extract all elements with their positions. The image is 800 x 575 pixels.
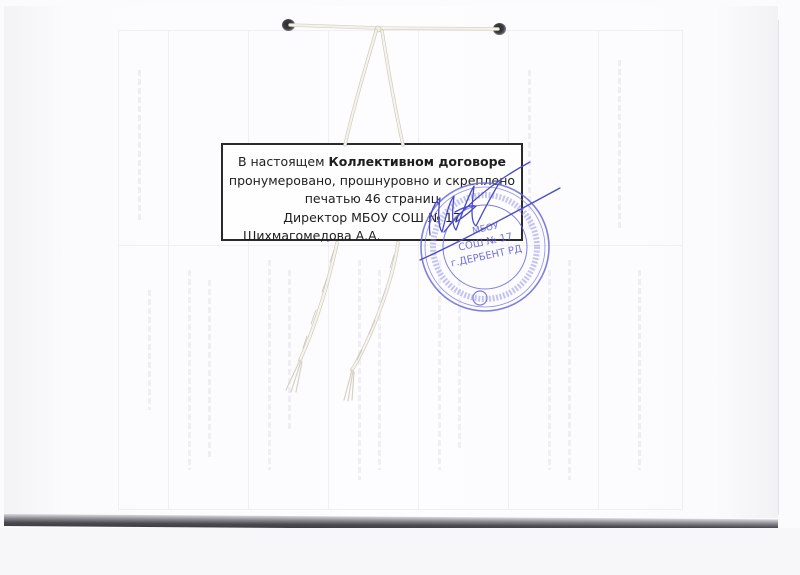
binding-hole-right: [493, 23, 506, 35]
certification-label: В настоящем Коллективном договоре пронум…: [221, 143, 523, 241]
label-line-2: пронумеровано, прошнуровно и скреплено: [223, 172, 521, 191]
signer-name: Шихмагомедова А.А.: [243, 228, 381, 243]
binding-hole-left: [282, 19, 295, 31]
label-line-1: В настоящем Коллективном договоре: [223, 153, 521, 172]
signature-line: [385, 227, 485, 240]
show-through-table: [118, 30, 683, 510]
scanned-page: В настоящем Коллективном договоре пронум…: [0, 0, 800, 575]
label-prefix: В настоящем: [238, 154, 329, 169]
document-title: Коллективном договоре: [329, 154, 507, 169]
scanner-background: [0, 528, 800, 575]
label-line-3: печатью 46 страниц: [223, 190, 521, 209]
sheet-edge: [778, 20, 779, 515]
label-line-4: Директор МБОУ СОШ № 17: [223, 209, 521, 228]
signer-row: Шихмагомедова А.А.: [223, 227, 521, 246]
